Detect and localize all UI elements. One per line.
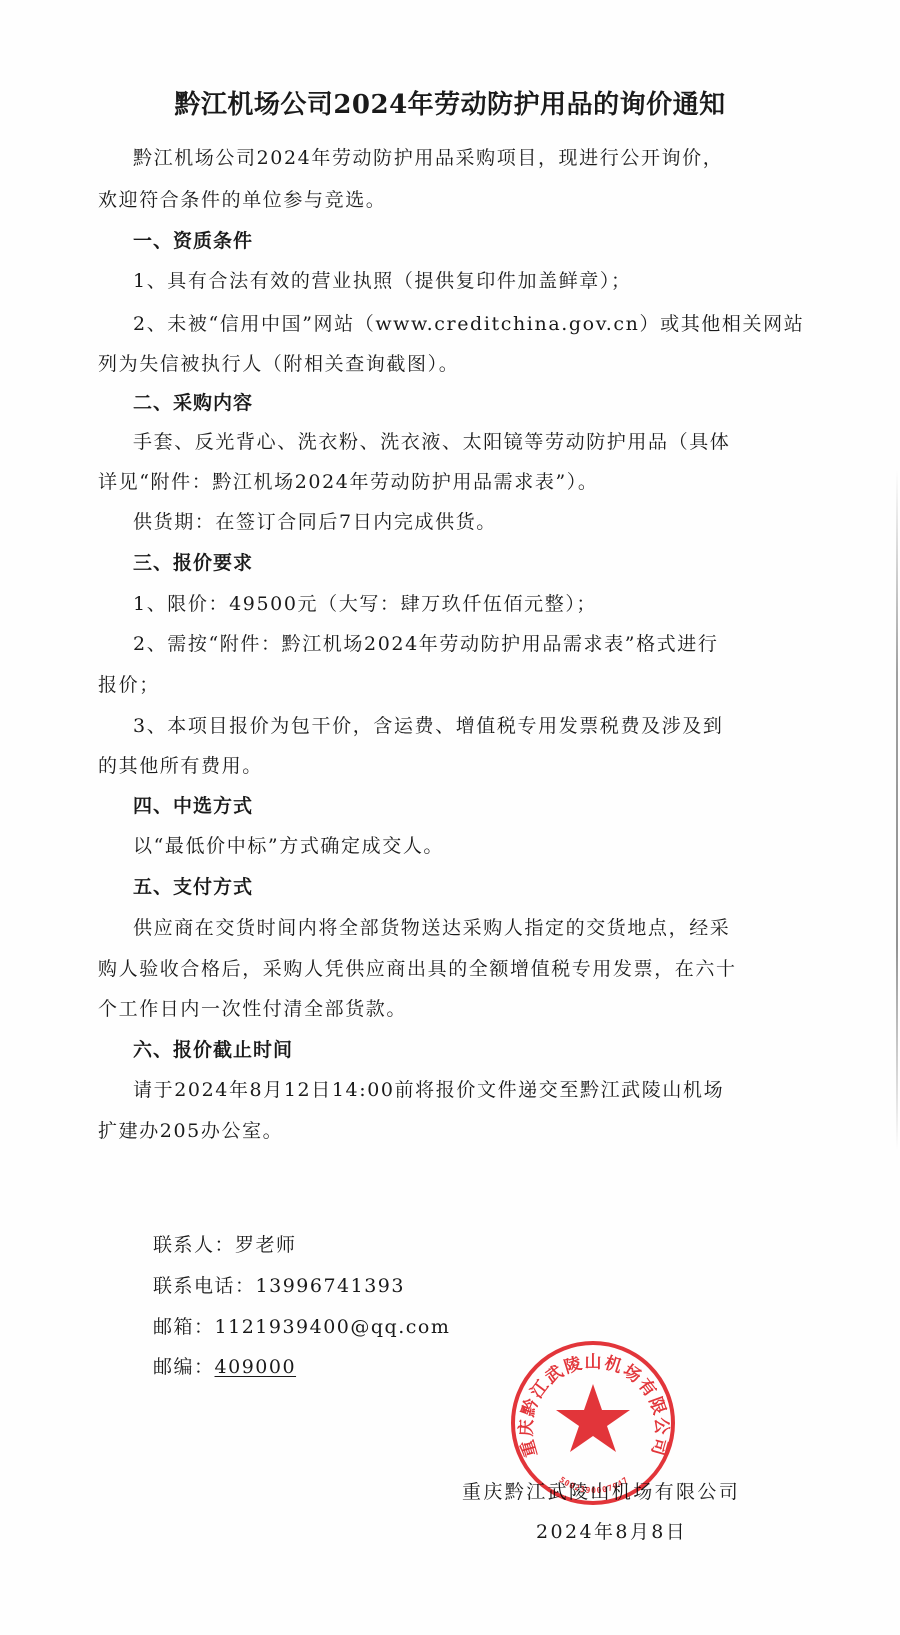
section-line: 列为失信被执行人（附相关查询截图）。	[98, 352, 459, 376]
contact-postcode: 邮编：409000	[153, 1355, 296, 1379]
signature-date: 2024年8月8日	[536, 1520, 687, 1544]
section-line: 1、限价：49500元（大写：肆万玖仟伍佰元整）；	[133, 592, 597, 616]
section-line: 详见“附件：黔江机场2024年劳动防护用品需求表”）。	[98, 470, 598, 494]
section-line: 2、需按“附件：黔江机场2024年劳动防护用品需求表”格式进行	[133, 632, 718, 656]
intro-line-1: 黔江机场公司2024年劳动防护用品采购项目，现进行公开询价，	[133, 146, 723, 170]
section-line: 购人验收合格后，采购人凭供应商出具的全额增值税专用发票，在六十	[98, 957, 737, 981]
section-line: 供货期：在签订合同后7日内完成供货。	[133, 510, 497, 534]
contact-email-label: 邮箱：	[153, 1316, 215, 1338]
official-seal-stamp-icon: 重庆黔江武陵山机场有限公司 5002390007047	[508, 1338, 678, 1508]
section-line: 以“最低价中标”方式确定成交人。	[133, 834, 444, 858]
document-title: 黔江机场公司2024年劳动防护用品的询价通知	[0, 84, 900, 121]
section-line: 2、未被“信用中国”网站（www.creditchina.gov.cn）或其他相…	[133, 312, 804, 336]
section-heading-quotation-requirements: 三、报价要求	[133, 551, 253, 575]
contact-email: 邮箱：1121939400@qq.com	[153, 1315, 450, 1339]
svg-text:5002390007047: 5002390007047	[558, 1475, 631, 1495]
section-line: 请于2024年8月12日14:00前将报价文件递交至黔江武陵山机场	[133, 1078, 724, 1102]
section-line: 个工作日内一次性付清全部货款。	[98, 997, 407, 1021]
section-line: 扩建办205办公室。	[98, 1119, 283, 1143]
contact-person: 联系人：罗老师	[153, 1233, 297, 1257]
section-line: 手套、反光背心、洗衣粉、洗衣液、太阳镜等劳动防护用品（具体	[133, 430, 730, 454]
seal-star-icon	[556, 1384, 630, 1452]
contact-phone-label: 联系电话：	[153, 1275, 256, 1297]
contact-person-value: 罗老师	[235, 1234, 297, 1256]
seal-code: 5002390007047	[558, 1475, 631, 1495]
intro-line-2: 欢迎符合条件的单位参与竞选。	[98, 188, 386, 212]
document-page: 黔江机场公司2024年劳动防护用品的询价通知 黔江机场公司2024年劳动防护用品…	[0, 0, 900, 1635]
scan-edge-line	[896, 470, 898, 1150]
section-line: 报价；	[98, 673, 160, 697]
section-line: 的其他所有费用。	[98, 754, 263, 778]
section-heading-selection-method: 四、中选方式	[133, 794, 253, 818]
contact-postcode-label: 邮编：	[153, 1356, 215, 1378]
section-line: 3、本项目报价为包干价，含运费、增值税专用发票税费及涉及到	[133, 714, 724, 738]
section-heading-qualifications: 一、资质条件	[133, 229, 253, 253]
section-line: 1、具有合法有效的营业执照（提供复印件加盖鲜章）；	[133, 269, 632, 293]
contact-person-label: 联系人：	[153, 1234, 235, 1256]
contact-phone-value: 13996741393	[256, 1275, 405, 1297]
contact-email-value: 1121939400@qq.com	[215, 1316, 451, 1338]
contact-postcode-value: 409000	[215, 1356, 297, 1378]
section-line: 供应商在交货时间内将全部货物送达采购人指定的交货地点，经采	[133, 916, 730, 940]
section-heading-deadline: 六、报价截止时间	[133, 1038, 293, 1062]
section-heading-payment-method: 五、支付方式	[133, 875, 253, 899]
section-heading-procurement-content: 二、采购内容	[133, 391, 253, 415]
contact-phone: 联系电话：13996741393	[153, 1274, 405, 1298]
